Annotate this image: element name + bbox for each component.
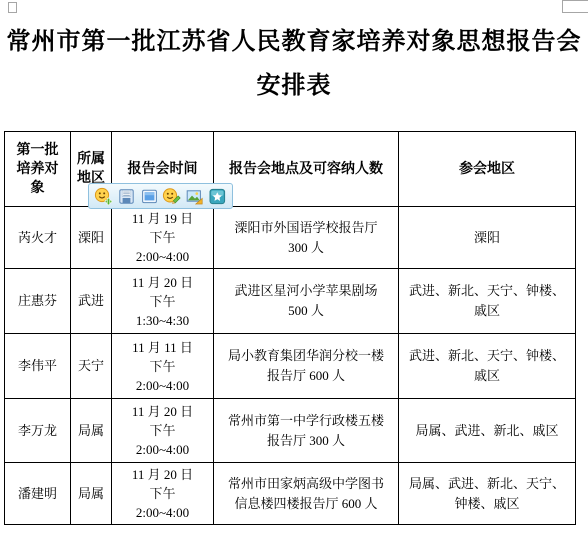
time-cell: 11 月 20 日 下午 1:30~4:30 [112,269,214,334]
corner-artifact-left [8,2,17,13]
report-time-range: 2:00~4:00 [118,247,207,266]
district-cell: 天宁 [71,334,112,399]
report-time-range: 2:00~4:00 [118,440,207,459]
participant-name-cell: 芮火才 [5,207,71,269]
report-date: 11 月 19 日 [118,209,207,228]
attend-regions-cell: 溧阳 [399,207,576,269]
table-row: 芮火才 溧阳 11 月 19 日 下午 2:00~4:00 溧阳市外国语学校报告… [5,207,576,269]
attend-regions-cell: 局属、武进、新北、戚区 [399,399,576,463]
participant-name-cell: 李万龙 [5,399,71,463]
attend-regions-cell: 武进、新北、天宁、钟楼、 戚区 [399,334,576,399]
venue-cell: 局小教育集团华润分校一楼 报告厅 600 人 [214,334,399,399]
page-title: 常州市第一批江苏省人民教育家培养对象思想报告会 安排表 [0,20,588,108]
attend-regions-cell: 局属、武进、新北、天宁、 钟楼、戚区 [399,463,576,525]
add-emoticon-icon[interactable] [94,187,113,206]
report-period: 下午 [118,292,207,311]
page-title-line1: 常州市第一批江苏省人民教育家培养对象思想报告会 [0,20,588,64]
district-cell: 武进 [71,269,112,334]
extract-image-icon[interactable] [185,187,204,206]
report-date: 11 月 20 日 [118,273,207,292]
participant-name-cell: 潘建明 [5,463,71,525]
header-attend-regions: 参会地区 [399,132,576,207]
table-row: 庄惠芬 武进 11 月 20 日 下午 1:30~4:30 武进区星河小学苹果剧… [5,269,576,334]
image-hover-toolbar [88,183,233,209]
table-row: 潘建明 局属 11 月 20 日 下午 2:00~4:00 常州市田家炳高级中学… [5,463,576,525]
report-period: 下午 [118,228,207,247]
favorite-star-icon[interactable] [208,187,227,206]
venue-cell: 常州市第一中学行政楼五楼 报告厅 300 人 [214,399,399,463]
table-row: 李万龙 局属 11 月 20 日 下午 2:00~4:00 常州市第一中学行政楼… [5,399,576,463]
report-period: 下午 [118,421,207,440]
report-period: 下午 [118,484,207,503]
time-cell: 11 月 19 日 下午 2:00~4:00 [112,207,214,269]
venue-cell: 溧阳市外国语学校报告厅 300 人 [214,207,399,269]
report-time-range: 1:30~4:30 [118,311,207,330]
time-cell: 11 月 20 日 下午 2:00~4:00 [112,463,214,525]
participant-name-cell: 李伟平 [5,334,71,399]
header-venue: 报告会地点及可容纳人数 [214,132,399,207]
district-cell: 局属 [71,463,112,525]
report-date: 11 月 11 日 [118,338,207,357]
view-screen-icon[interactable] [140,187,159,206]
time-cell: 11 月 11 日 下午 2:00~4:00 [112,334,214,399]
report-period: 下午 [118,357,207,376]
report-date: 11 月 20 日 [118,465,207,484]
venue-cell: 武进区星河小学苹果剧场 500 人 [214,269,399,334]
edit-emoticon-icon[interactable] [162,187,181,206]
venue-cell: 常州市田家炳高级中学图书 信息楼四楼报告厅 600 人 [214,463,399,525]
district-cell: 溧阳 [71,207,112,269]
report-time-range: 2:00~4:00 [118,376,207,395]
save-image-icon[interactable] [117,187,136,206]
attend-regions-cell: 武进、新北、天宁、钟楼、 戚区 [399,269,576,334]
corner-artifact-right [562,0,588,13]
table-row: 李伟平 天宁 11 月 11 日 下午 2:00~4:00 局小教育集团华润分校… [5,334,576,399]
document-page: 常州市第一批江苏省人民教育家培养对象思想报告会 安排表 第一批培养对象 所属地区… [0,0,588,542]
participant-name-cell: 庄惠芬 [5,269,71,334]
header-candidate: 第一批培养对象 [5,132,71,207]
report-time-range: 2:00~4:00 [118,503,207,522]
district-cell: 局属 [71,399,112,463]
page-title-line2: 安排表 [0,64,588,108]
time-cell: 11 月 20 日 下午 2:00~4:00 [112,399,214,463]
report-date: 11 月 20 日 [118,402,207,421]
